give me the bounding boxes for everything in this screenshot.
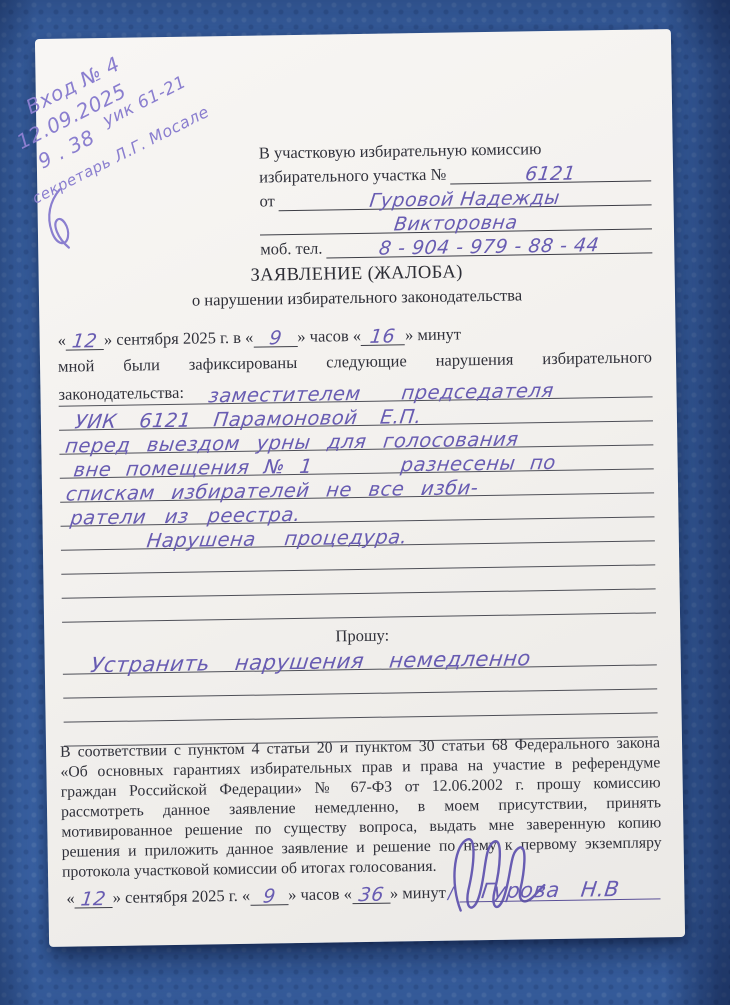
complaint-form-paper: Вход № 4 12.09.2025 9 . 38уик 61-21 секр… bbox=[35, 29, 685, 947]
signature-slash: / bbox=[448, 884, 454, 903]
minutes-text: » минут bbox=[405, 324, 461, 344]
photo-background: Вход № 4 12.09.2025 9 . 38уик 61-21 секр… bbox=[0, 0, 730, 1005]
incident-hours-field: 9 bbox=[253, 327, 297, 348]
incident-day-value: 12 bbox=[65, 330, 106, 353]
phone-value: 8 - 904 - 979 - 88 - 44 bbox=[325, 233, 653, 260]
phone-field: 8 - 904 - 979 - 88 - 44 bbox=[326, 229, 652, 258]
incident-minutes-field: 16 bbox=[361, 325, 405, 346]
complaint-lines-section: законодательства: заместителем председат… bbox=[58, 373, 656, 622]
signature-day-field: 12 bbox=[75, 888, 113, 909]
incident-hours-value: 9 bbox=[252, 327, 299, 350]
addressee-block: В участковую избирательную комиссию изби… bbox=[259, 133, 653, 259]
intake-stamp-annotation: Вход № 4 12.09.2025 9 . 38уик 61-21 секр… bbox=[0, 9, 245, 212]
incident-intro-line: мной были зафиксированы следующие наруше… bbox=[58, 347, 652, 376]
from-label: от bbox=[259, 191, 279, 211]
incident-date-line: «12» сентября 2025 г. в «9» часов «16» м… bbox=[57, 321, 651, 350]
legal-reference-paragraph: В соответствии с пунктом 4 статьи 20 и п… bbox=[60, 733, 662, 882]
signature-minutes-value: 36 bbox=[351, 884, 392, 907]
signature-hours-value: 9 bbox=[249, 885, 290, 908]
signature-minutes-field: 36 bbox=[352, 884, 390, 905]
signature-month-text: » сентября 2025 г. « bbox=[113, 886, 251, 908]
signature-day-value: 12 bbox=[73, 888, 114, 911]
minutes-text: » минут bbox=[390, 883, 446, 904]
request-section: Устранить нарушения немедленно bbox=[63, 641, 658, 746]
incident-minutes-value: 16 bbox=[360, 325, 407, 348]
legislation-label: законодательства: bbox=[58, 383, 184, 405]
signature-name-field: Гурова Н.В bbox=[459, 873, 660, 902]
signature-hours-field: 9 bbox=[250, 885, 288, 906]
hours-text: » часов « bbox=[297, 326, 361, 346]
precinct-number-field: 6121 bbox=[450, 157, 651, 184]
incident-month-text: » сентября 2025 г. в « bbox=[104, 328, 254, 349]
hours-text: » часов « bbox=[288, 884, 352, 905]
incident-day-field: 12 bbox=[66, 330, 104, 351]
signature-name-value: Гурова Н.В bbox=[480, 877, 621, 903]
phone-label: моб. тел. bbox=[260, 238, 327, 259]
